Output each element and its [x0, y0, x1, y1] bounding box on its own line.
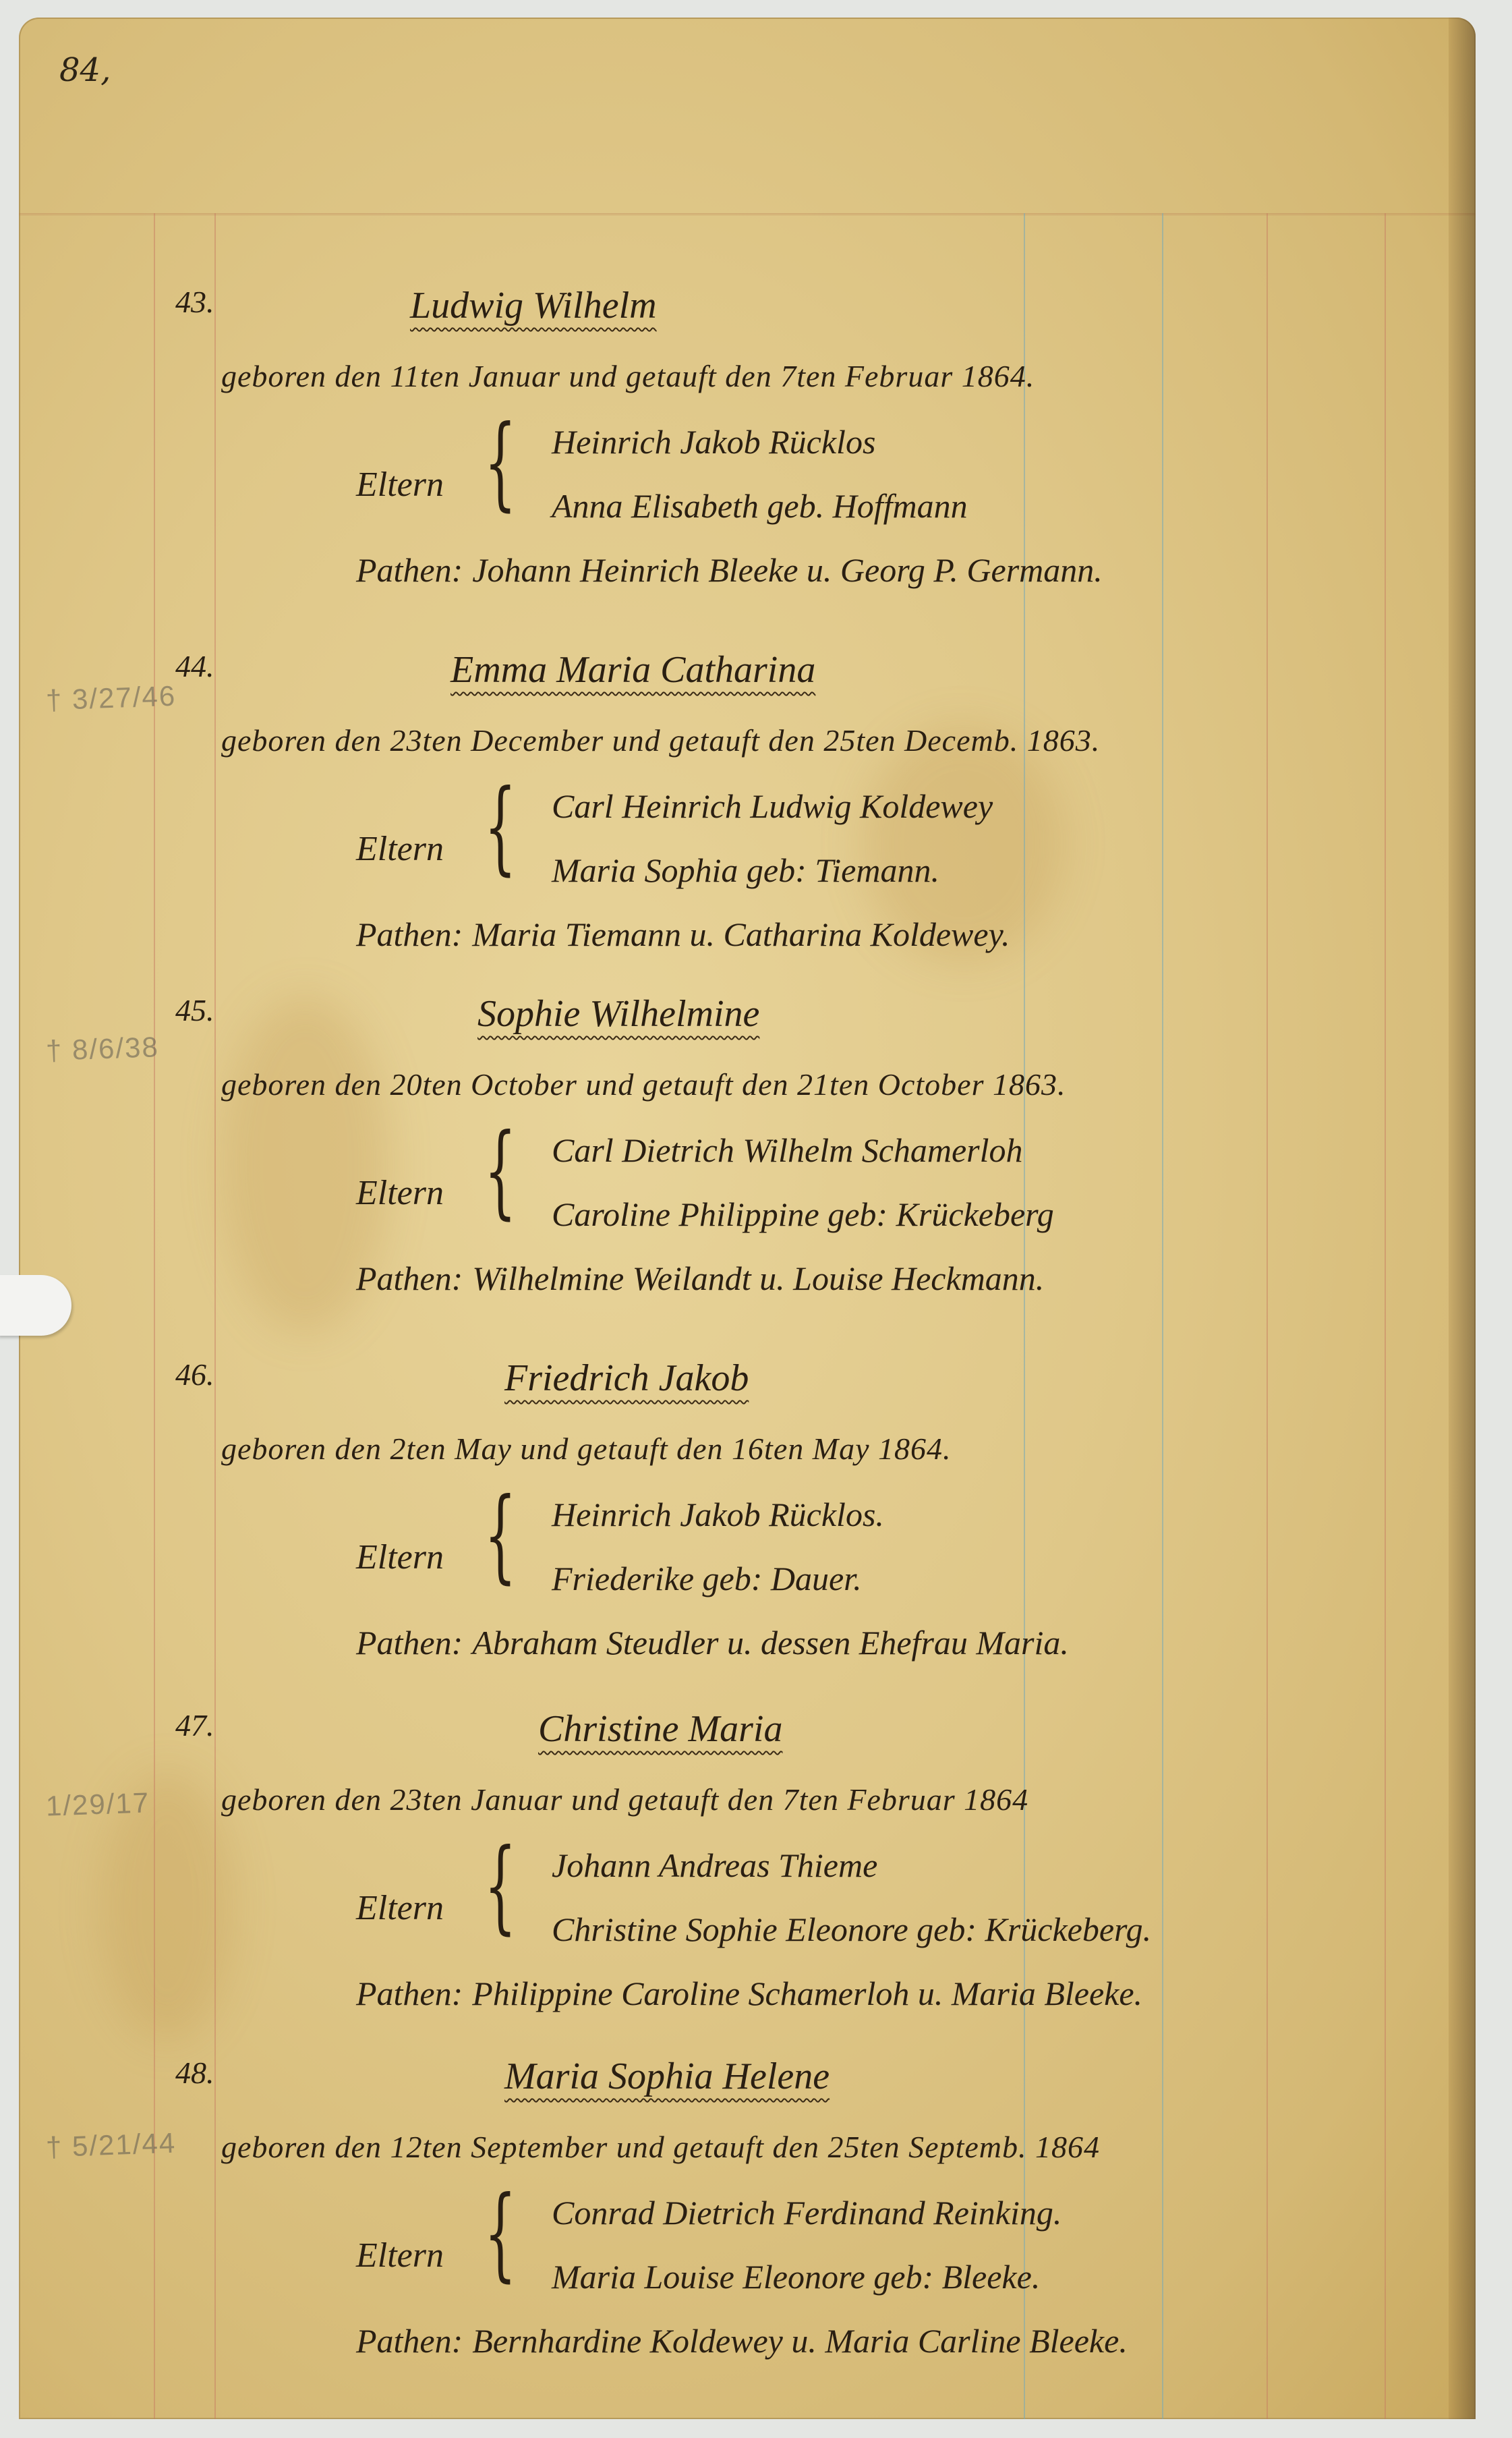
brace-glyph: {: [484, 1121, 517, 1222]
death-note: 1/29/17: [45, 1786, 150, 1822]
mother-name: Friederike geb: Dauer.: [552, 1559, 862, 1598]
sponsors-names: Maria Tiemann u. Catharina Koldewey.: [472, 915, 1010, 953]
mother-name: Maria Louise Eleonore geb: Bleeke.: [552, 2257, 1040, 2296]
birth-baptism-line: geboren den 23ten December und getauft d…: [221, 722, 1100, 758]
page-number: 84,: [59, 51, 111, 89]
father-name: Heinrich Jakob Rücklos: [552, 422, 875, 461]
mother-name: Caroline Philippine geb: Krückeberg: [552, 1195, 1054, 1234]
sponsors-label: Pathen:: [356, 1259, 463, 1297]
death-note: † 3/27/46: [45, 680, 177, 717]
sponsors-names: Bernhardine Koldewey u. Maria Carline Bl…: [472, 2322, 1128, 2360]
birth-baptism-line: geboren den 2ten May und getauft den 16t…: [221, 1431, 952, 1467]
parents-label: Eltern: [356, 1888, 444, 1928]
mother-name: Maria Sophia geb: Tiemann.: [552, 851, 939, 890]
header-rule: [19, 213, 1476, 215]
column-rule: [1024, 213, 1025, 2419]
column-rule: [214, 213, 216, 2419]
parents-label: Eltern: [356, 829, 444, 869]
sponsors-line: Pathen:Philippine Caroline Schamerloh u.…: [356, 1974, 1142, 2013]
sponsors-label: Pathen:: [356, 1624, 463, 1662]
entry-number: 45.: [175, 992, 214, 1028]
father-name: Johann Andreas Thieme: [552, 1846, 877, 1885]
birth-baptism-line: geboren den 23ten Januar und getauft den…: [221, 1782, 1028, 1817]
death-note: † 8/6/38: [45, 1031, 159, 1067]
sponsors-line: Pathen:Maria Tiemann u. Catharina Koldew…: [356, 915, 1010, 954]
column-rule: [154, 213, 155, 2419]
entry-number: 43.: [175, 284, 214, 320]
sponsors-label: Pathen:: [356, 1975, 463, 2012]
brace-glyph: {: [484, 412, 517, 513]
father-name: Carl Heinrich Ludwig Koldewey: [552, 787, 993, 826]
sponsors-label: Pathen:: [356, 2322, 463, 2360]
entry-number: 46.: [175, 1357, 214, 1392]
child-name: Maria Sophia Helene: [504, 2055, 830, 2098]
child-name: Emma Maria Catharina: [450, 648, 815, 691]
sponsors-line: Pathen:Bernhardine Koldewey u. Maria Car…: [356, 2321, 1128, 2360]
death-note: † 5/21/44: [45, 2127, 177, 2164]
register-page: 84, 43. Ludwig Wilhelm geboren den 11ten…: [19, 18, 1476, 2419]
parents-label: Eltern: [356, 2236, 444, 2275]
brace-glyph: {: [484, 1836, 517, 1937]
birth-baptism-line: geboren den 12ten September und getauft …: [221, 2129, 1100, 2165]
parents-label: Eltern: [356, 1537, 444, 1577]
column-rule: [1267, 213, 1268, 2419]
entry-number: 47.: [175, 1707, 214, 1743]
brace-glyph: {: [484, 776, 517, 878]
sponsors-line: Pathen:Abraham Steudler u. dessen Ehefra…: [356, 1623, 1069, 1662]
mother-name: Christine Sophie Eleonore geb: Krückeber…: [552, 1910, 1151, 1949]
sponsors-line: Pathen:Johann Heinrich Bleeke u. Georg P…: [356, 550, 1103, 590]
brace-glyph: {: [484, 2183, 517, 2284]
sponsors-names: Johann Heinrich Bleeke u. Georg P. Germa…: [472, 551, 1103, 589]
brace-glyph: {: [484, 1485, 517, 1586]
mother-name: Anna Elisabeth geb. Hoffmann: [552, 486, 968, 526]
entry-number: 44.: [175, 648, 214, 684]
sponsors-names: Wilhelmine Weilandt u. Louise Heckmann.: [472, 1259, 1044, 1297]
sponsors-line: Pathen:Wilhelmine Weilandt u. Louise Hec…: [356, 1259, 1044, 1298]
sponsors-label: Pathen:: [356, 551, 463, 589]
child-name: Ludwig Wilhelm: [410, 284, 657, 327]
sponsors-names: Philippine Caroline Schamerloh u. Maria …: [472, 1975, 1142, 2012]
entry-number: 48.: [175, 2055, 214, 2091]
birth-baptism-line: geboren den 11ten Januar und getauft den…: [221, 358, 1035, 394]
page-binding-edge: [1449, 18, 1476, 2419]
sponsors-names: Abraham Steudler u. dessen Ehefrau Maria…: [472, 1624, 1069, 1662]
parents-label: Eltern: [356, 465, 444, 505]
child-name: Friedrich Jakob: [504, 1357, 749, 1400]
column-rule: [1385, 213, 1386, 2419]
child-name: Sophie Wilhelmine: [477, 992, 759, 1036]
father-name: Heinrich Jakob Rücklos.: [552, 1495, 884, 1534]
parents-label: Eltern: [356, 1173, 444, 1213]
child-name: Christine Maria: [538, 1707, 782, 1751]
birth-baptism-line: geboren den 20ten October und getauft de…: [221, 1067, 1066, 1102]
father-name: Carl Dietrich Wilhelm Schamerloh: [552, 1131, 1023, 1170]
column-rule: [1162, 213, 1163, 2419]
page-clip-tab: [0, 1275, 71, 1336]
father-name: Conrad Dietrich Ferdinand Reinking.: [552, 2193, 1062, 2232]
sponsors-label: Pathen:: [356, 915, 463, 953]
